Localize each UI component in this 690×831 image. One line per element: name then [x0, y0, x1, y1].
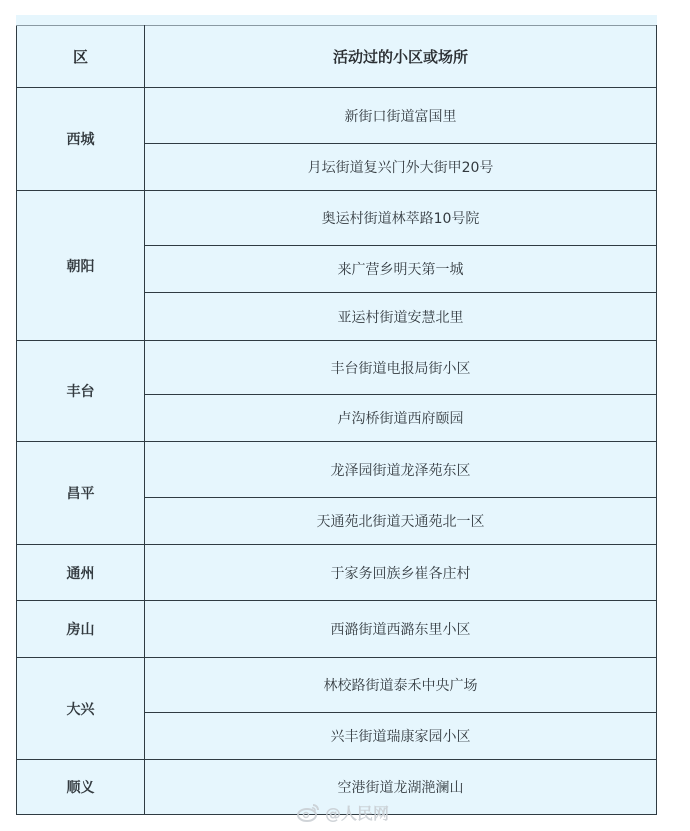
district-cell: 房山 — [17, 601, 145, 658]
watermark-text: @人民网 — [325, 801, 389, 824]
place-cell: 天通苑北街道天通苑北一区 — [145, 498, 657, 545]
place-cell: 亚运村街道安慧北里 — [145, 293, 657, 341]
district-cell: 西城 — [17, 88, 145, 191]
district-cell: 朝阳 — [17, 191, 145, 341]
place-cell: 于家务回族乡崔各庄村 — [145, 545, 657, 601]
place-cell: 月坛街道复兴门外大街甲20号 — [145, 144, 657, 191]
locations-table: 区 活动过的小区或场所 西城 新街口街道富国里 月坛街道复兴门外大街甲20号 朝… — [16, 25, 657, 815]
table-row: 昌平 龙泽园街道龙泽苑东区 — [17, 442, 657, 498]
table-row: 西城 新街口街道富国里 — [17, 88, 657, 144]
place-cell: 卢沟桥街道西府颐园 — [145, 395, 657, 442]
table-row: 房山 西潞街道西潞东里小区 — [17, 601, 657, 658]
table-row: 丰台 丰台街道电报局街小区 — [17, 341, 657, 395]
table-row: 通州 于家务回族乡崔各庄村 — [17, 545, 657, 601]
header-places: 活动过的小区或场所 — [145, 26, 657, 88]
place-cell: 新街口街道富国里 — [145, 88, 657, 144]
district-cell: 大兴 — [17, 658, 145, 760]
header-district: 区 — [17, 26, 145, 88]
weibo-icon — [297, 802, 321, 822]
place-cell: 奥运村街道林萃路10号院 — [145, 191, 657, 246]
table-row: 大兴 林校路街道泰禾中央广场 — [17, 658, 657, 713]
district-cell: 通州 — [17, 545, 145, 601]
table-top-band — [16, 15, 657, 25]
place-cell: 林校路街道泰禾中央广场 — [145, 658, 657, 713]
district-cell: 昌平 — [17, 442, 145, 545]
place-cell: 空港街道龙湖滟澜山 — [145, 760, 657, 815]
place-cell: 兴丰街道瑞康家园小区 — [145, 713, 657, 760]
table-header-row: 区 活动过的小区或场所 — [17, 26, 657, 88]
table-row: 朝阳 奥运村街道林萃路10号院 — [17, 191, 657, 246]
place-cell: 来广营乡明天第一城 — [145, 246, 657, 293]
watermark: @人民网 — [297, 798, 389, 826]
place-cell: 西潞街道西潞东里小区 — [145, 601, 657, 658]
place-cell: 丰台街道电报局街小区 — [145, 341, 657, 395]
district-cell: 顺义 — [17, 760, 145, 815]
place-cell: 龙泽园街道龙泽苑东区 — [145, 442, 657, 498]
district-cell: 丰台 — [17, 341, 145, 442]
